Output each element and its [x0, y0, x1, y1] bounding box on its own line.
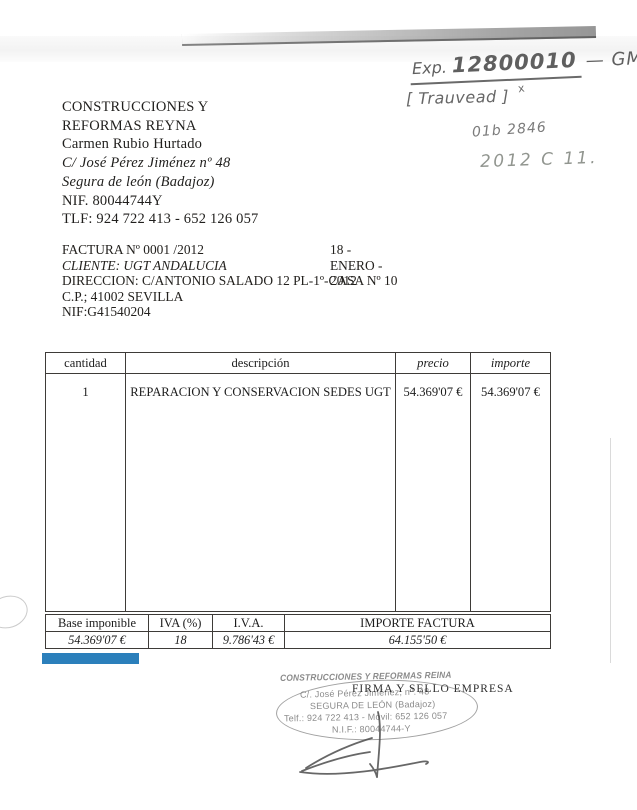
totals-total-value: 64.155'50 € — [285, 632, 551, 649]
blue-highlight-bar — [42, 653, 139, 664]
totals-header-total: IMPORTE FACTURA — [285, 615, 551, 632]
exp-underlined-text: Exp. 12800010 — [409, 48, 581, 85]
invoice-number-row: FACTURA Nº 0001 /2012 18 - ENERO - 2012 — [62, 242, 397, 258]
sender-block: CONSTRUCCIONES Y REFORMAS REYNA Carmen R… — [62, 98, 259, 229]
items-header-descripcion: descripción — [126, 353, 396, 374]
handwritten-bracket-note: [ Trauvead ] — [406, 87, 509, 109]
totals-table: Base imponible IVA (%) I.V.A. IMPORTE FA… — [45, 614, 551, 649]
invoice-number: FACTURA Nº 0001 /2012 — [62, 242, 204, 257]
totals-header-row: Base imponible IVA (%) I.V.A. IMPORTE FA… — [46, 615, 551, 632]
items-header-row: cantidad descripción precio importe — [46, 353, 551, 374]
sender-phone: TLF: 924 722 413 - 652 126 057 — [62, 210, 259, 229]
handwritten-year-note: 2012 C 11. — [480, 148, 599, 172]
items-header-precio: precio — [396, 353, 471, 374]
invoice-date: 18 - ENERO - 2012 — [330, 242, 397, 289]
totals-header-iva: I.V.A. — [213, 615, 285, 632]
items-header-cantidad: cantidad — [46, 353, 126, 374]
pencil-circle-doodle — [0, 591, 32, 634]
totals-iva-pct-value: 18 — [149, 632, 213, 649]
sender-street: C/ José Pérez Jiménez nº 48 — [62, 154, 259, 173]
item-importe: 54.369'07 € — [471, 374, 551, 612]
sender-company-line2: REFORMAS REYNA — [62, 117, 259, 136]
sender-contact-name: Carmen Rubio Hurtado — [62, 135, 259, 154]
sender-company-line1: CONSTRUCCIONES Y — [62, 98, 259, 117]
item-descripcion: REPARACION Y CONSERVACION SEDES UGT — [126, 374, 396, 612]
exp-prefix: Exp. — [412, 58, 448, 79]
company-stamp: CONSTRUCCIONES Y REFORMAS REINA C/. José… — [270, 670, 526, 810]
invoice-client-nif: NIF:G41540204 — [62, 304, 397, 320]
totals-values-row: 54.369'07 € 18 9.786'43 € 64.155'50 € — [46, 632, 551, 649]
sender-city: Segura de león (Badajoz) — [62, 173, 259, 192]
handwritten-x-mark: x — [517, 82, 525, 96]
sender-nif: NIF. 80044744Y — [62, 192, 259, 211]
totals-base-value: 54.369'07 € — [46, 632, 149, 649]
invoice-postal: C.P.; 41002 SEVILLA — [62, 289, 397, 305]
scanned-invoice-page: Exp. 12800010 — GM' x [ Trauvead ] 01b 2… — [0, 0, 637, 810]
exp-suffix: — GM' — [585, 48, 637, 72]
totals-iva-value: 9.786'43 € — [213, 632, 285, 649]
totals-header-iva-pct: IVA (%) — [149, 615, 213, 632]
invoice-meta-block: FACTURA Nº 0001 /2012 18 - ENERO - 2012 … — [62, 242, 397, 320]
scan-edge-line — [610, 438, 611, 663]
totals-header-base: Base imponible — [46, 615, 149, 632]
items-table: cantidad descripción precio importe 1 RE… — [45, 352, 551, 612]
item-row: 1 REPARACION Y CONSERVACION SEDES UGT 54… — [46, 374, 551, 612]
item-precio: 54.369'07 € — [396, 374, 471, 612]
items-header-importe: importe — [471, 353, 551, 374]
signature-scribble — [270, 670, 526, 810]
item-cantidad: 1 — [46, 374, 126, 612]
handwritten-code-note: 01b 2846 — [472, 119, 548, 140]
exp-number: 12800010 — [451, 48, 577, 77]
